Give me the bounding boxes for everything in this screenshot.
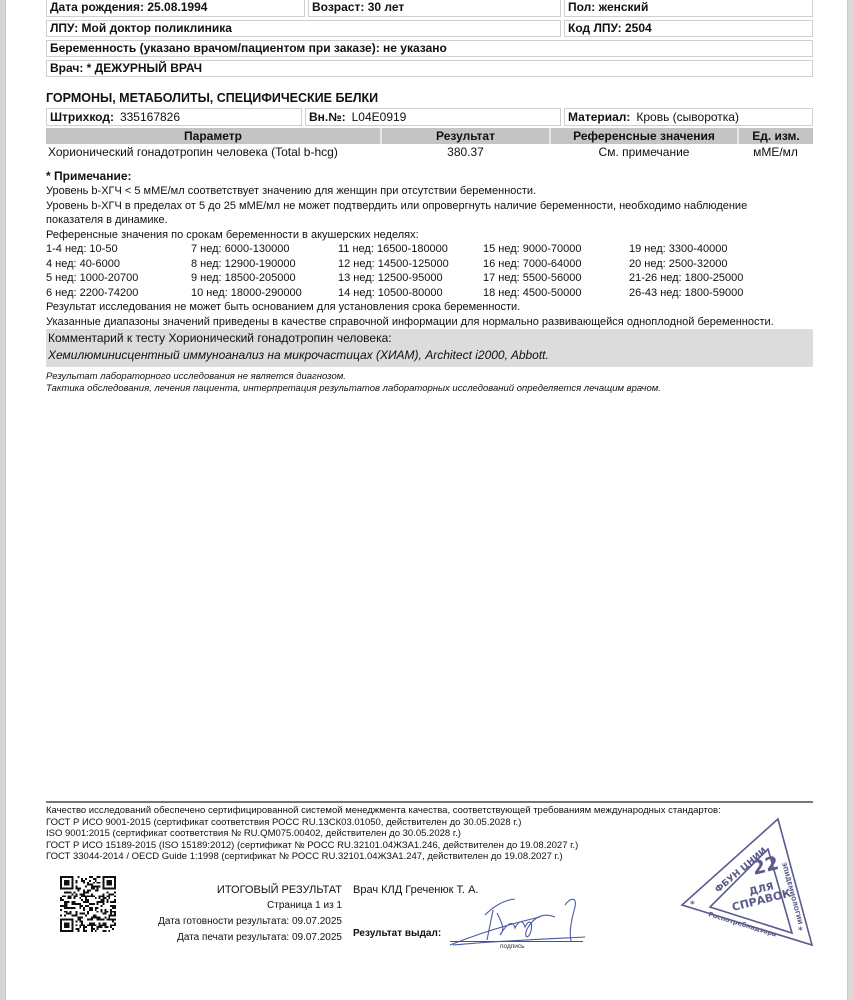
reference-range-item: 5 нед: 1000-20700 [46,271,191,286]
reference-range-item: 9 нед: 18500-205000 [191,271,338,286]
lpu-code: Код ЛПУ: 2504 [564,20,813,37]
lab-report-page: Дата рождения: 25.08.1994 Возраст: 30 ле… [46,0,813,395]
material-value: Кровь (сыворотка) [636,110,739,124]
reference-range-item: 21-26 нед: 1800-25000 [629,271,779,286]
note-line: Референсные значения по срокам беременно… [46,228,813,243]
barcode-value: 335167826 [120,110,180,124]
patient-info: Дата рождения: 25.08.1994 Возраст: 30 ле… [46,0,813,77]
signature-line [450,941,583,942]
lab-stamp-icon: ФБУН ЦНИИ 22 ДЛЯ СПРАВОК Роспотребнадзор… [670,815,820,955]
age: Возраст: 30 лет [308,0,561,17]
test-comment: Комментарий к тесту Хорионический гонадо… [46,329,813,367]
barcode-field: Штрихкод:335167826 [46,108,302,126]
ordering-doctor: Врач: * ДЕЖУРНЫЙ ВРАЧ [46,60,813,77]
col-unit: Ед. изм. [738,128,813,144]
issued-by-label: Результат выдал: [353,928,441,939]
reference-range-item: 6 нед: 2200-74200 [46,286,191,301]
reference-range-item: 16 нед: 7000-64000 [483,257,629,272]
material-field: Материал:Кровь (сыворотка) [564,108,813,126]
lpu: ЛПУ: Мой доктор поликлиника [46,20,561,37]
reference-range-item: 1-4 нед: 10-50 [46,242,191,257]
barcode-label: Штрихкод: [50,110,114,124]
signature-caption: подпись [500,943,525,950]
svg-text:*: * [690,900,695,910]
internal-number-value: L04E0919 [352,110,407,124]
comment-method: Хемилюминисцентный иммуноанализ на микро… [48,347,811,364]
birth-date: Дата рождения: 25.08.1994 [46,0,305,17]
reference-range-item: 26-43 нед: 1800-59000 [629,286,779,301]
reference-range-item: 14 нед: 10500-80000 [338,286,483,301]
reference-range-item: 17 нед: 5500-56000 [483,271,629,286]
reference-range-item: 8 нед: 12900-190000 [191,257,338,272]
note-section: * Примечание: Уровень b-ХГЧ < 5 мМЕ/мл с… [46,169,813,329]
section-title: ГОРМОНЫ, МЕТАБОЛИТЫ, СПЕЦИФИЧЕСКИЕ БЕЛКИ [46,89,813,107]
page-number: Страница 1 из 1 [120,898,342,914]
reference-range-item: 11 нед: 16500-180000 [338,242,483,257]
result-value: 380.37 [381,144,550,161]
reference-range-item: 12 нед: 14500-125000 [338,257,483,272]
comment-title: Комментарий к тесту Хорионический гонадо… [48,330,811,347]
col-result: Результат [381,128,550,144]
note-line: Указанные диапазоны значений приведены в… [46,315,813,330]
table-row: Хорионический гонадотропин человека (Tot… [46,144,813,161]
qr-code-icon[interactable] [60,876,116,932]
page-edge-right [847,0,854,1000]
internal-number-field: Вн.№:L04E0919 [305,108,561,126]
ready-date: Дата готовности результата: 09.07.2025 [120,914,342,930]
results-table: Параметр Результат Референсные значения … [46,128,813,161]
col-parameter: Параметр [46,128,381,144]
material-label: Материал: [568,110,630,124]
reference-range-item: 20 нед: 2500-32000 [629,257,779,272]
pregnancy-status: Беременность (указано врачом/пациентом п… [46,40,813,57]
disclaimer: Результат лабораторного исследования не … [46,371,813,395]
reference-range-item: 10 нед: 18000-290000 [191,286,338,301]
final-result-label: ИТОГОВЫЙ РЕЗУЛЬТАТ [120,882,342,898]
reference-range-item: 4 нед: 40-6000 [46,257,191,272]
reference-range-item: 13 нед: 12500-95000 [338,271,483,286]
page-edge-left [0,0,6,1000]
reference-range-item: 15 нед: 9000-70000 [483,242,629,257]
result-meta: ИТОГОВЫЙ РЕЗУЛЬТАТ Страница 1 из 1 Дата … [120,882,342,946]
reference-range-item: 19 нед: 3300-40000 [629,242,779,257]
footer-divider [46,801,813,803]
reference-ranges-grid: 1-4 нед: 10-507 нед: 6000-13000011 нед: … [46,242,813,300]
reference-range-item: 18 нед: 4500-50000 [483,286,629,301]
parameter-name: Хорионический гонадотропин человека (Tot… [46,144,381,161]
note-line: показателя в динамике. [46,213,813,228]
note-line: Уровень b-ХГЧ < 5 мМЕ/мл соответствует з… [46,184,813,199]
svg-text:*: * [798,926,803,936]
sample-info: Штрихкод:335167826 Вн.№:L04E0919 Материа… [46,108,813,126]
disclaimer-line: Результат лабораторного исследования не … [46,371,813,383]
note-line: Уровень b-ХГЧ в пределах от 5 до 25 мМЕ/… [46,199,813,214]
internal-number-label: Вн.№: [309,110,346,124]
col-reference: Референсные значения [550,128,738,144]
reference-range-item: 7 нед: 6000-130000 [191,242,338,257]
sex: Пол: женский [564,0,813,17]
note-title: * Примечание: [46,169,813,184]
note-line: Результат исследования не может быть осн… [46,300,813,315]
reference-value: См. примечание [550,144,738,161]
disclaimer-line: Тактика обследования, лечения пациента, … [46,383,813,395]
unit-value: мМЕ/мл [738,144,813,161]
print-date: Дата печати результата: 09.07.2025 [120,930,342,946]
